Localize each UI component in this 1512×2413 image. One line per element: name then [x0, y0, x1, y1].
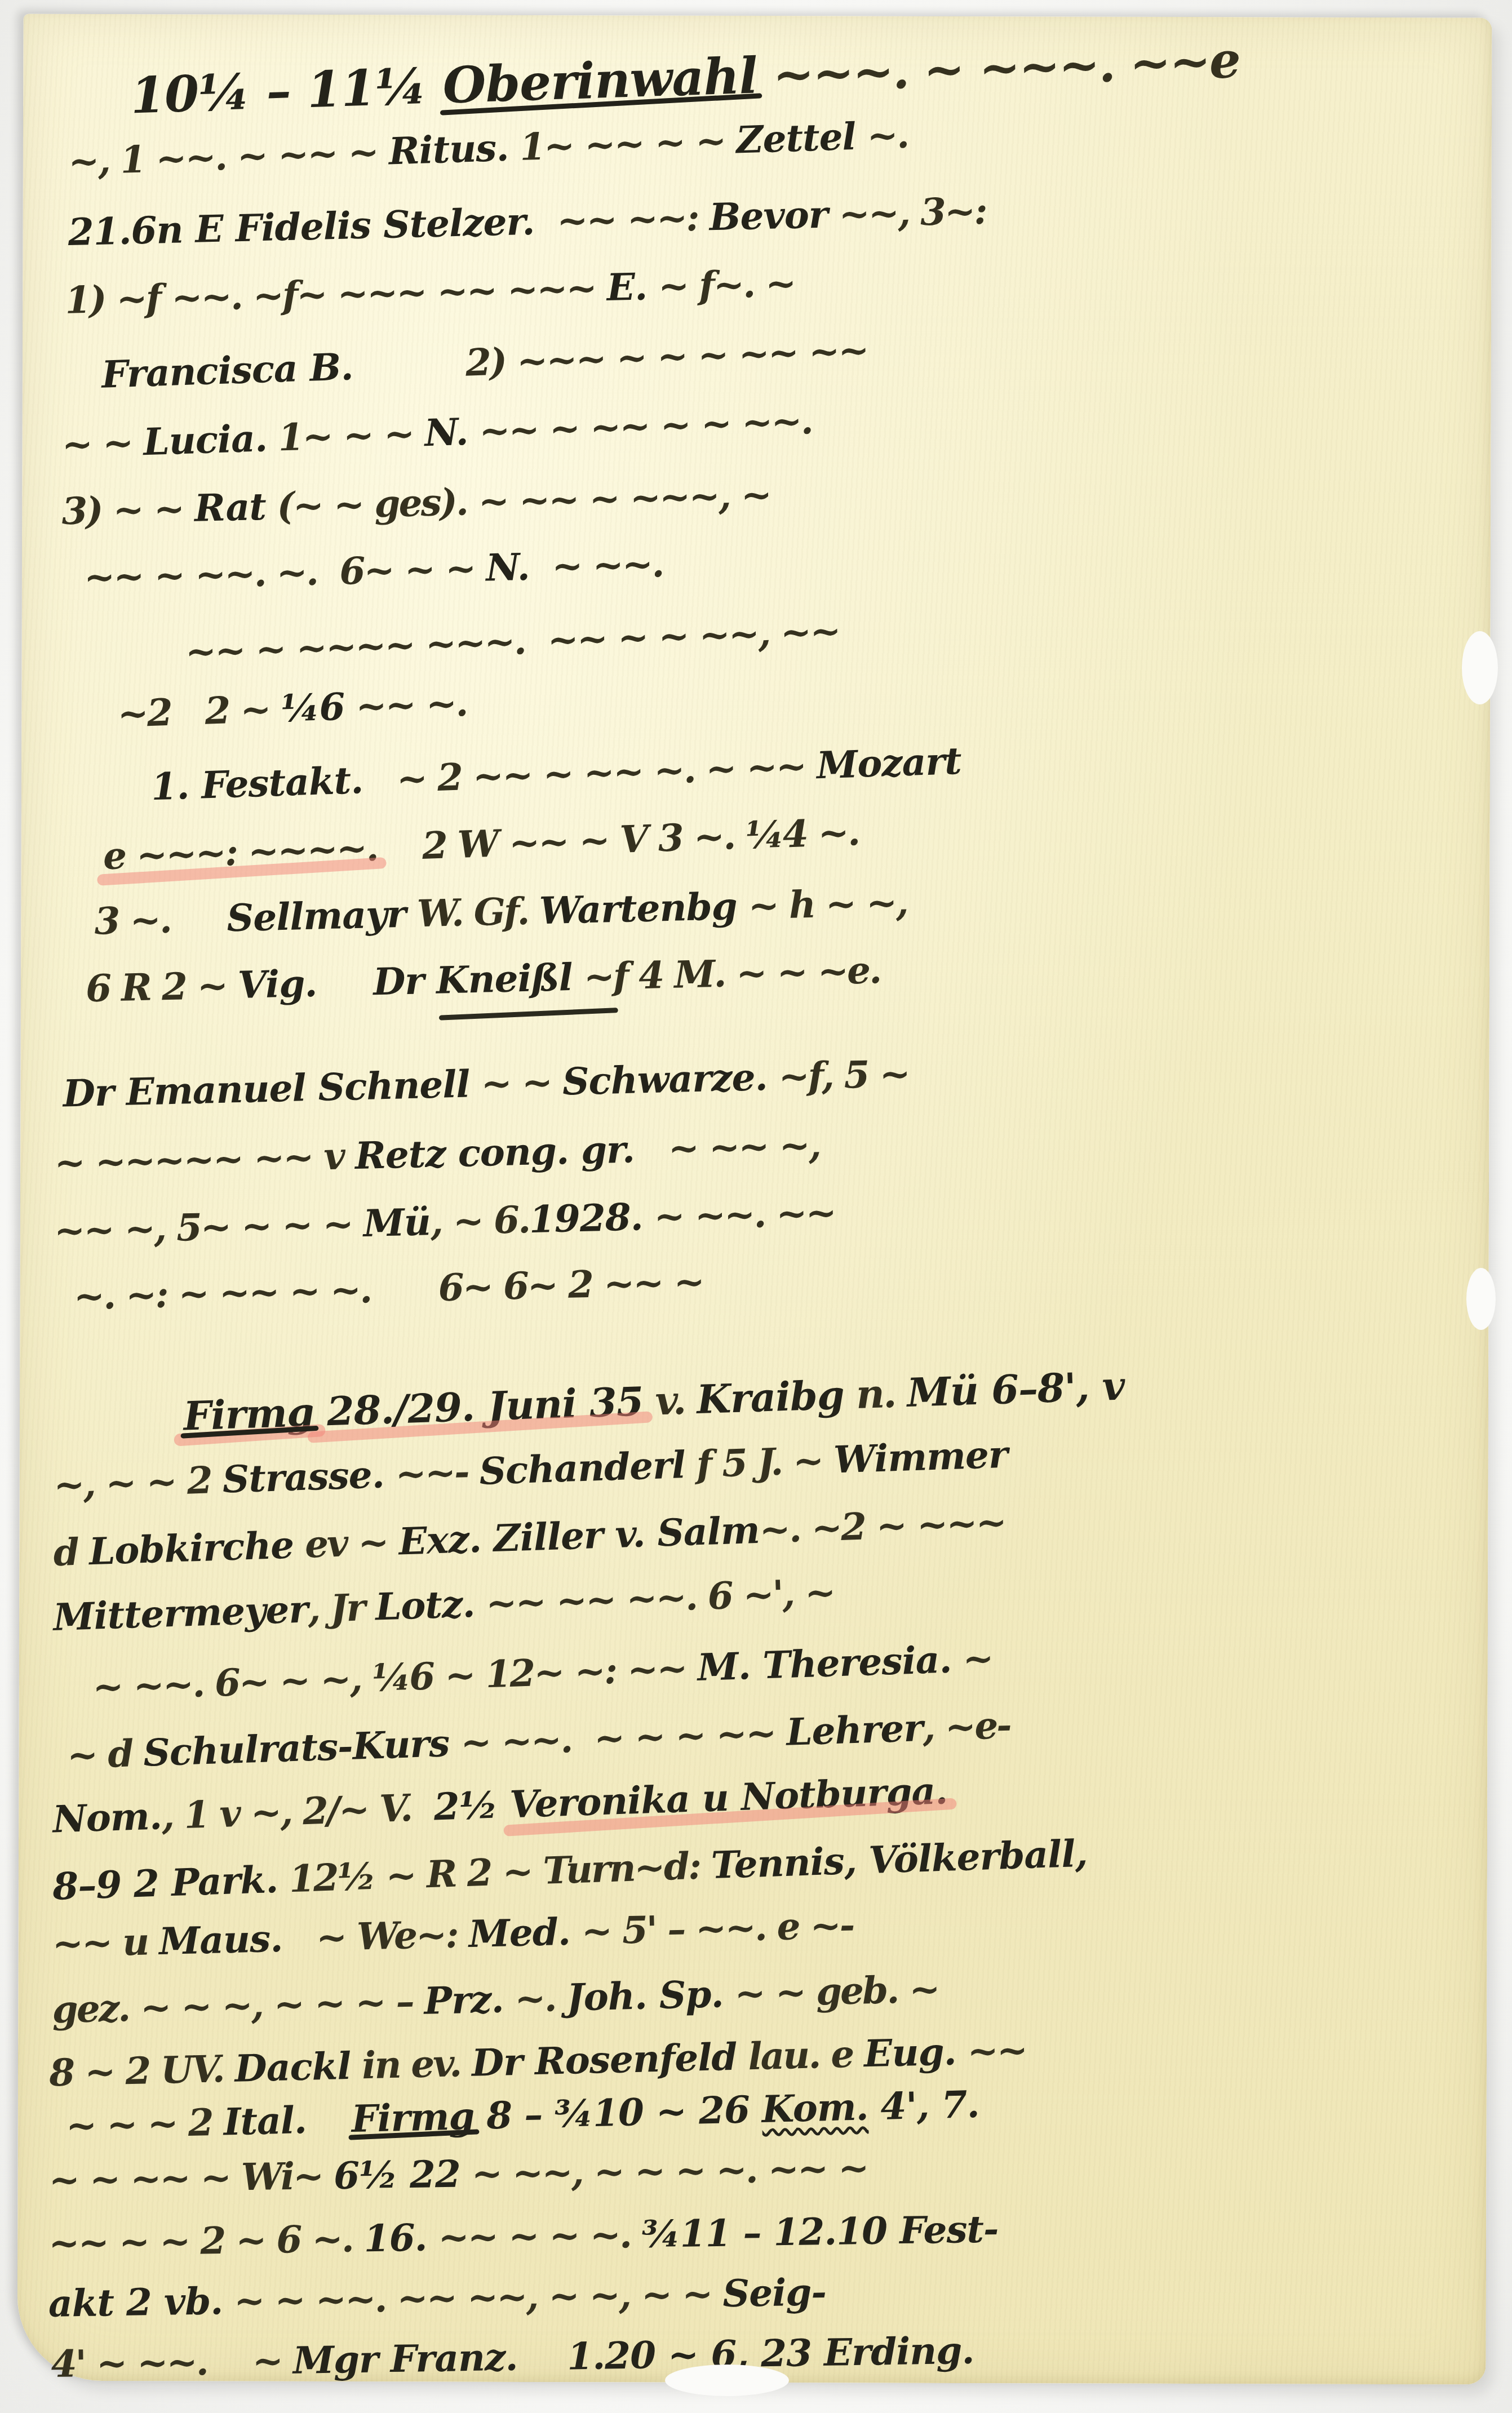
shorthand-stroke: ~~ ~ ~~. ~. 6~ ~ ~: [83, 548, 486, 598]
shorthand-stroke: ~. ~: ~ ~~ ~ ~.: [73, 1269, 371, 1317]
handwriting-line: 1) ~f ~~. ~f~ ~~~ ~~ ~~~ E. ~ f~. ~: [65, 263, 796, 321]
shorthand-stroke: ~f 4 M. ~ ~ ~e.: [572, 950, 881, 997]
shorthand-stroke: ~ ~: [469, 1062, 563, 1105]
paper-edge-tear: [1466, 1268, 1496, 1330]
shorthand-stroke: ~~ ~~ ~~. 6 ~', ~: [474, 1572, 835, 1624]
word: Wartenbg: [539, 886, 737, 932]
word: Kraibg: [696, 1373, 845, 1421]
shorthand-stroke: ~~~. ~ ~~~. ~~e: [756, 33, 1240, 103]
word: Mü: [906, 1369, 979, 1414]
shorthand-stroke: 8 ~ 2 UV.: [48, 2048, 235, 2093]
shorthand-stroke: 6 R 2 ~: [85, 965, 238, 1009]
shorthand-stroke: ~ ~ geb. ~: [723, 1968, 939, 2015]
shorthand-stroke: 1~ ~~ ~ ~: [508, 120, 737, 168]
shorthand-stroke: 3 ~.: [94, 899, 171, 942]
word: ¾11 – 12.10: [641, 2210, 899, 2255]
handwriting-line: e ~~~: ~~~~. 2 W ~~ ~ V 3 ~. ¼4 ~.: [103, 811, 859, 877]
word: Maus.: [158, 1918, 283, 1962]
word: cong. gr.: [445, 1129, 635, 1174]
word: Exz. Ziller v. Salm: [398, 1510, 760, 1562]
word: 16.: [363, 2217, 427, 2259]
handwriting-line: 1. Festakt. ~ 2 ~~ ~ ~~ ~. ~ ~~ Mozart: [150, 740, 962, 808]
word: Schwarze.: [562, 1057, 768, 1102]
word: 6½ 22: [334, 2154, 461, 2197]
word: Prz.: [424, 1979, 504, 2021]
word: Lobkirche: [88, 1524, 294, 1572]
shorthand-stroke: [306, 2099, 352, 2140]
shorthand-stroke: ~: [207, 2340, 293, 2383]
handwriting-line: ~ ~~. 6~ ~ ~, ¼6 ~ 12~ ~: ~~ M. Theresia…: [92, 1638, 993, 1708]
handwriting-line: 3) ~ ~ Rat (~ ~ ges). ~ ~~ ~ ~~~, ~: [61, 474, 771, 533]
shorthand-stroke: in ev.: [350, 2043, 472, 2087]
handwriting-line: 10¼ – 11¼ Oberinwahl ~~~. ~ ~~~. ~~e: [130, 33, 1240, 123]
shorthand-stroke: 1~ ~ ~: [266, 412, 425, 459]
shorthand-stroke: ~ ~~ ~,: [634, 1125, 821, 1170]
shorthand-stroke: , ~ 6.: [430, 1199, 530, 1243]
shorthand-stroke: ~~, 3~:: [827, 190, 987, 235]
shorthand-stroke: ~ ~: [61, 422, 144, 465]
word: 28./29. Juni 35: [313, 1380, 644, 1434]
word: Fest-: [899, 2208, 999, 2251]
shorthand-stroke: ~ 2 ~~ ~ ~~ ~. ~ ~~: [362, 745, 818, 801]
word: Festakt.: [201, 760, 363, 806]
shorthand-stroke: ~, 1 ~~. ~ ~~ ~: [68, 131, 389, 182]
word: 1928.: [529, 1196, 643, 1240]
shorthand-stroke: ~ ~~.: [529, 543, 663, 587]
handwriting-line: gez. ~ ~ ~, ~ ~ ~ – Prz. ~. Joh. Sp. ~ ~…: [52, 1968, 939, 2031]
shorthand-stroke: ~~ ~, 5~ ~ ~ ~: [54, 1203, 363, 1252]
word: Zettel: [735, 116, 856, 161]
handwriting-line: ~2 2 ~ ¼6 ~~ ~.: [117, 682, 467, 735]
word: Mgr Franz.: [292, 2337, 518, 2381]
shorthand-stroke: 6~ 6~ 2 ~~ ~: [370, 1261, 704, 1310]
word: Dr Rosenfeld: [471, 2037, 737, 2084]
word: Firmg: [183, 1390, 314, 1438]
shorthand-stroke: ~~ ~ ~ 2 ~ 6 ~.: [48, 2218, 364, 2264]
word: Rat: [194, 486, 266, 529]
shorthand-stroke: ~ ~~. ~~: [642, 1192, 836, 1237]
word: Oberinwahl: [442, 48, 758, 113]
shorthand-stroke: ~ ~ ~~ ~ Wi~: [48, 2155, 334, 2201]
word: 10¼ – 11¼: [130, 59, 444, 123]
shorthand-stroke: , ~e-: [922, 1705, 1011, 1749]
word: Kom.: [761, 2086, 868, 2130]
shorthand-stroke: ~ ~~. 6~ ~ ~, ¼6 ~ 12~ ~: ~~: [92, 1647, 698, 1707]
shorthand-stroke: ~ h ~ ~,: [737, 882, 907, 927]
word: Mittermeyer: [52, 1589, 308, 1638]
shorthand-stroke: ~~: [956, 2030, 1027, 2073]
shorthand-stroke: 2 W ~~ ~ V 3 ~. ¼4 ~.: [376, 811, 859, 868]
shorthand-stroke: 12½ ~ R 2 ~: [277, 1851, 544, 1900]
shorthand-stroke: ~: [951, 1638, 993, 1680]
word: 21.6n E: [68, 208, 236, 253]
word: N.: [485, 547, 530, 588]
word: M. Theresia.: [697, 1639, 952, 1688]
handwriting-line: ~ ~~~~~ ~~ v Retz cong. gr. ~ ~~ ~,: [54, 1125, 821, 1185]
paper-edge-tear: [665, 2365, 789, 2396]
shorthand-stroke: 3) ~ ~: [61, 488, 195, 532]
handwriting-line: Mittermeyer, Jr Lotz. ~~ ~~ ~~. 6 ~', ~: [52, 1572, 835, 1638]
word: Schanderl: [478, 1444, 686, 1492]
handwriting-line: 4' ~ ~~. ~ Mgr Franz. 1.20 ~ 6, 23 Erdin…: [51, 2330, 974, 2385]
word: Nom.: [52, 1795, 162, 1840]
shorthand-stroke: ~~ ~ ~~~~ ~~~. ~~ ~ ~ ~~, ~~: [185, 610, 840, 672]
shorthand-stroke: ~ d: [66, 1733, 144, 1776]
shorthand-stroke: ~ 5' – ~~. e ~-: [570, 1905, 854, 1952]
handwriting-line: 21.6n E Fidelis Stelzer. ~~ ~~: Bevor ~~…: [68, 190, 987, 254]
handwriting-line: ~ ~ ~~ ~ Wi~ 6½ 22 ~ ~~, ~ ~ ~ ~. ~~ ~: [48, 2148, 868, 2201]
word: Joh. Sp.: [566, 1973, 724, 2018]
handwriting-line: Dr Emanuel Schnell ~ ~ Schwarze. ~f, 5 ~: [63, 1053, 910, 1115]
handwriting-line: ~~ ~, 5~ ~ ~ ~ Mü, ~ 6.1928. ~ ~~. ~~: [54, 1192, 836, 1252]
shorthand-stroke: ~ f~. ~: [646, 263, 795, 307]
shorthand-stroke: ~~ ~ ~~ ~ ~ ~~.: [467, 400, 813, 452]
shorthand-stroke: , 1 v ~, 2/~ V.: [161, 1787, 434, 1837]
shorthand-stroke: ~ ~ ~ 2: [65, 2101, 224, 2146]
word: 8–9 2: [52, 1862, 172, 1907]
shorthand-stroke: ~, ~ ~ 2: [53, 1460, 223, 1506]
handwriting-line: Firmg 28./29. Juni 35 v. Kraibg n. Mü 6–…: [183, 1364, 1125, 1439]
shorthand-stroke: v.: [642, 1378, 697, 1423]
shorthand-stroke: ~.: [855, 114, 908, 157]
shorthand-stroke: n.: [843, 1371, 907, 1417]
handwriting-line: ~ d Schulrats-Kurs ~ ~~. ~ ~ ~ ~~ Lehrer…: [66, 1705, 1011, 1777]
shorthand-stroke: lau. e: [737, 2033, 864, 2077]
shorthand-stroke: W. Gf.: [405, 890, 540, 934]
handwriting-line: Nom., 1 v ~, 2/~ V. 2½ Veronika u Notbur…: [52, 1770, 948, 1840]
word: Schulrats-Kurs: [143, 1723, 450, 1773]
paper-edge-tear: [1462, 631, 1498, 704]
word: Retz: [354, 1133, 446, 1176]
handwriting-line: d Lobkirche ev ~ Exz. Ziller v. Salm~. ~…: [53, 1502, 1006, 1574]
shorthand-stroke: ev ~: [293, 1521, 400, 1565]
shorthand-stroke: ~2 2 ~: [117, 689, 282, 735]
shorthand-stroke: ~ ~~~~~ ~~ v: [54, 1135, 356, 1183]
shorthand-stroke: ~ ~~. ~ ~ ~ ~~: [449, 1712, 787, 1764]
shorthand-stroke: ~f, 5 ~: [767, 1053, 910, 1097]
scan-background: 10¼ – 11¼ Oberinwahl ~~~. ~ ~~~. ~~e~, 1…: [0, 0, 1512, 2413]
word: Eug.: [863, 2031, 956, 2074]
shorthand-stroke: ~~ ~.: [344, 682, 467, 728]
section-divider-stroke: [439, 1008, 618, 1021]
word: Med.: [468, 1911, 571, 1955]
word: E.: [606, 266, 648, 308]
shorthand-stroke: d: [53, 1531, 90, 1573]
shorthand-stroke: , Jr: [307, 1586, 376, 1629]
word: Strasse.: [222, 1454, 385, 1500]
word: Ritus.: [388, 127, 509, 172]
word: N.: [424, 411, 468, 454]
word: 4', 7.: [868, 2084, 980, 2127]
shorthand-stroke: gez. ~ ~ ~, ~ ~ ~ –: [52, 1981, 425, 2030]
handwriting-line: akt 2 vb. ~ ~ ~~. ~~ ~~, ~ ~, ~ ~ Seig-: [48, 2272, 826, 2325]
shorthand-stroke: ~~ ~~:: [534, 197, 710, 242]
handwriting-line: ~ ~ ~ 2 Ital. Firmg 8 – ¾10 ~ 26 Kom. 4'…: [65, 2084, 979, 2147]
shorthand-stroke: (~ ~ ges). ~ ~~ ~ ~~~, ~: [265, 474, 771, 527]
handwriting-line: Francisca B. 2) ~~~ ~ ~ ~ ~~ ~~: [101, 330, 868, 396]
word: Erding.: [823, 2330, 974, 2374]
word: Lehrer: [786, 1707, 923, 1753]
handwriting-line: ~~ u Maus. ~ We~: Med. ~ 5' – ~~. e ~-: [52, 1905, 854, 1965]
handwriting-line: ~. ~: ~ ~~ ~ ~. 6~ 6~ 2 ~~ ~: [73, 1261, 704, 1318]
shorthand-stroke: 2) ~~~ ~ ~ ~ ~~ ~~: [352, 330, 868, 387]
word: Lucia.: [143, 418, 268, 463]
word: 6–8', v: [978, 1364, 1125, 1412]
shorthand-stroke: 1) ~f ~~. ~f~ ~~~ ~~ ~~~: [65, 267, 608, 321]
word: Vig.: [237, 963, 317, 1006]
shorthand-stroke: [316, 961, 374, 1004]
word: Dr Emanuel: [63, 1067, 318, 1114]
handwriting-line: 8–9 2 Park. 12½ ~ R 2 ~ Turn~d: Tennis, …: [52, 1833, 1088, 1908]
word: Fidelis Stelzer.: [235, 201, 535, 249]
word: Mozart: [816, 740, 962, 786]
shorthand-stroke: Turn~d:: [542, 1845, 712, 1891]
word: Sellmayr: [227, 894, 406, 939]
handwriting-line: ~~ ~ ~ 2 ~ 6 ~. 16. ~~ ~ ~ ~. ¾11 – 12.1…: [48, 2208, 999, 2264]
shorthand-stroke: ~~ ~ ~ ~.: [427, 2214, 642, 2258]
word: Dackl: [234, 2046, 352, 2089]
handwriting-line: ~ ~ Lucia. 1~ ~ ~ N. ~~ ~ ~~ ~ ~ ~~.: [61, 400, 813, 466]
word: Wimmer: [833, 1434, 1008, 1481]
shorthand-stroke: ~ ~ ~~. ~~ ~~, ~ ~, ~ ~: [223, 2273, 723, 2322]
shorthand-stroke: ~~ u: [52, 1921, 159, 1964]
word: Seig-: [722, 2272, 826, 2314]
shorthand-stroke: ~ ~~, ~ ~ ~ ~. ~~ ~: [460, 2148, 868, 2194]
word: 8 – ¾10 ~ 26: [473, 2089, 762, 2137]
word: Dr Kneißl: [373, 957, 573, 1003]
word: Firmg: [351, 2096, 475, 2140]
word: 1.: [150, 765, 202, 807]
word: Park.: [171, 1859, 278, 1904]
word: Lotz.: [375, 1583, 476, 1627]
word: Schnell: [318, 1063, 471, 1108]
handwriting-line: 3 ~. Sellmayr W. Gf. Wartenbg ~ h ~ ~,: [94, 882, 908, 943]
word: Mü: [363, 1201, 431, 1244]
shorthand-stroke: ~~-: [383, 1451, 480, 1495]
shorthand-stroke: f 5 J. ~: [685, 1440, 835, 1485]
word: Ital.: [223, 2100, 307, 2143]
paper: 10¼ – 11¼ Oberinwahl ~~~. ~ ~~~. ~~e~, 1…: [17, 14, 1492, 2385]
word: Bevor: [709, 194, 828, 238]
handwriting-line: ~, 1 ~~. ~ ~~ ~ Ritus. 1~ ~~ ~ ~ Zettel …: [68, 114, 908, 183]
word: Veronika u Notburga.: [509, 1770, 948, 1825]
word: Tennis, Völkerball,: [711, 1833, 1088, 1886]
shorthand-stroke: 4' ~ ~~.: [51, 2341, 207, 2385]
word: akt 2 vb.: [48, 2281, 223, 2324]
shorthand-stroke: e ~~~: ~~~~.: [103, 827, 378, 877]
handwriting-line: ~~ ~ ~~~~ ~~~. ~~ ~ ~ ~~, ~~: [185, 610, 840, 673]
shorthand-stroke: ~.: [503, 1977, 567, 2020]
shorthand-stroke: ~ We~:: [282, 1914, 469, 1959]
handwriting-line: ~~ ~ ~~. ~. 6~ ~ ~ N. ~ ~~.: [83, 543, 663, 598]
word: Francisca B.: [101, 346, 353, 395]
shorthand-stroke: ~. ~2 ~ ~~~: [759, 1502, 1006, 1551]
handwriting-line: 6 R 2 ~ Vig. Dr Kneißl ~f 4 M. ~ ~ ~e.: [85, 950, 880, 1010]
word: 2½: [433, 1784, 511, 1828]
shorthand-stroke: [170, 898, 228, 940]
word: ¼6: [280, 686, 345, 729]
